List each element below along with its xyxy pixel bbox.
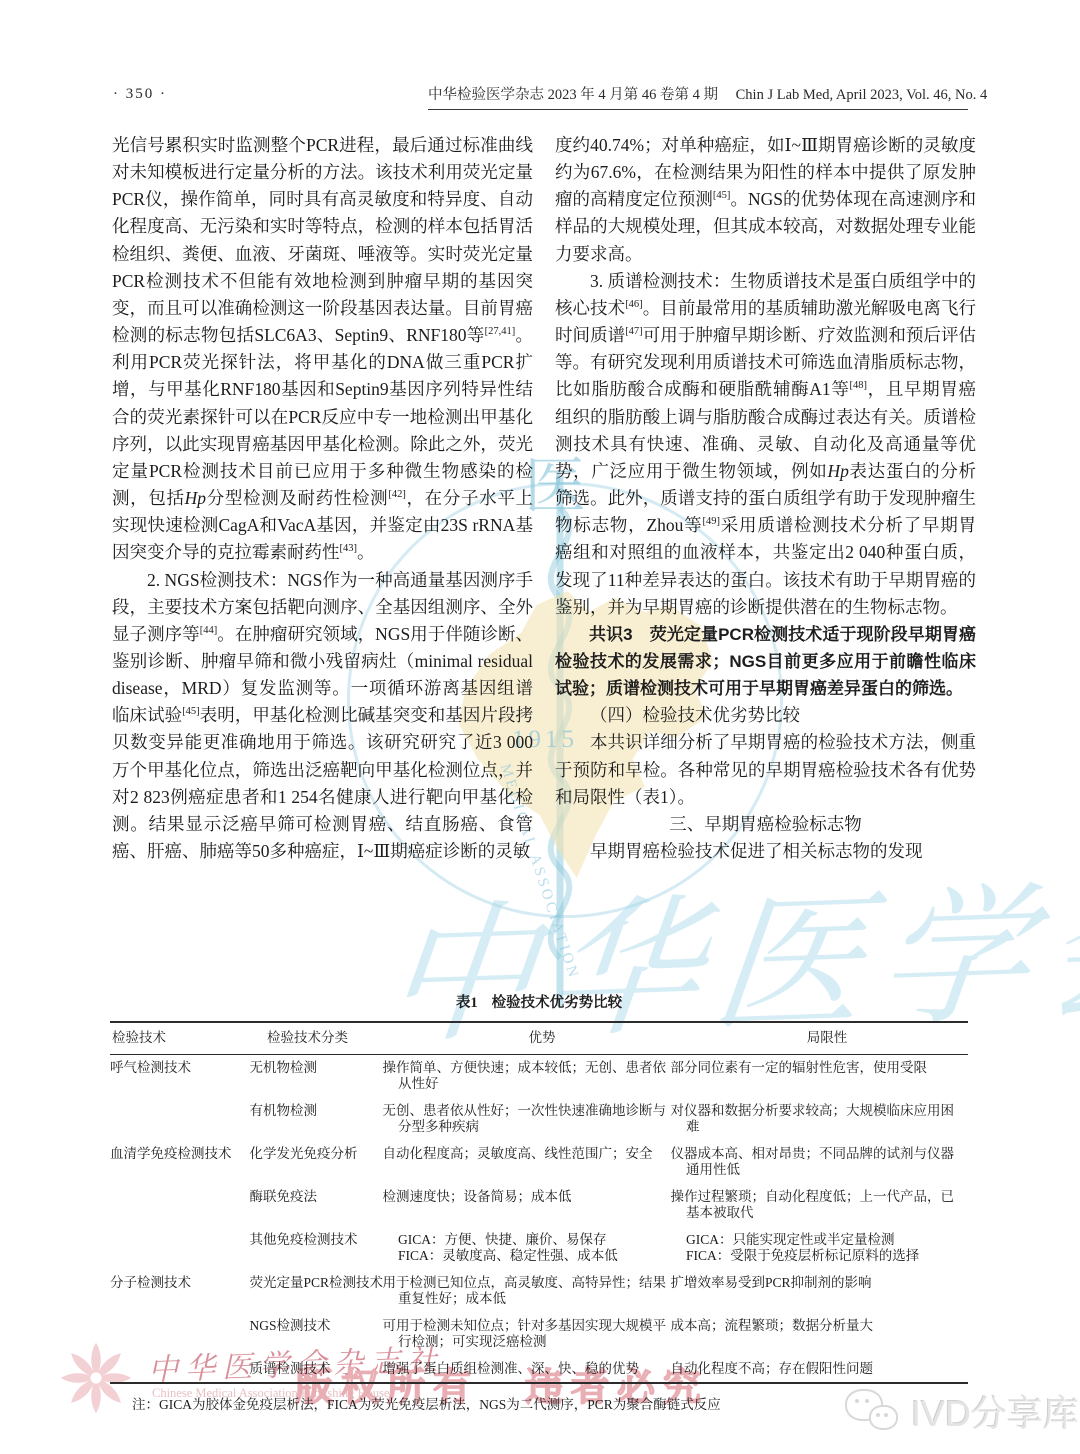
cell-tech: 血清学免疫检测技术 — [110, 1141, 265, 1184]
cell-limitations: 部分同位素有一定的辐射性危害，使用受限 — [686, 1054, 968, 1098]
paragraph-consensus-3: 共识3 荧光定量PCR检测技术适于现阶段早期胃癌检验技术的发展需求；NGS目前更… — [555, 621, 976, 702]
cell-advantages: 操作简单、方便快速；成本较低；无创、患者依从性好 — [398, 1054, 686, 1098]
cell-tech — [110, 1098, 265, 1141]
cell-category: 化学发光免疫分析 — [265, 1141, 398, 1184]
table-title: 表1检验技术优劣势比较 — [110, 991, 968, 1012]
paragraph-ngs: 2. NGS检测技术：NGS作为一种高通量基因测序手段，主要技术方案包括靶向测序… — [112, 567, 533, 866]
section-heading-markers: 三、早期胃癌检验标志物 — [555, 811, 976, 838]
table-footnote: 注：GICA为胶体金免疫层析法，FICA为荧光免疫层析法，NGS为二代测序，PC… — [110, 1393, 968, 1413]
paragraph-pcr-continued: 光信号累积实时监测整个PCR进程，最后通过标准曲线对未知模板进行定量分析的方法。… — [112, 132, 533, 567]
paragraph-mass-spectrometry: 3. 质谱检测技术：生物质谱技术是蛋白质组学中的核心技术[46]。目前最常用的基… — [555, 268, 976, 621]
cell-category: 酶联免疫法 — [265, 1184, 398, 1227]
paragraph-markers-intro: 早期胃癌检验技术促进了相关标志物的发现 — [555, 838, 976, 865]
table-row: 呼气检测技术 无机物检测 操作简单、方便快速；成本较低；无创、患者依从性好 部分… — [110, 1054, 968, 1098]
cell-advantages: 增强了蛋白质组检测准、深、快、稳的优势 — [398, 1356, 686, 1384]
cell-category: 其他免疫检测技术 — [265, 1227, 398, 1270]
table-row: 分子检测技术 荧光定量PCR检测技术 用于检测已知位点，高灵敏度、高特异性；结果… — [110, 1270, 968, 1313]
cell-tech: 分子检测技术 — [110, 1270, 265, 1313]
cell-tech — [110, 1356, 265, 1384]
table-row: 酶联免疫法 检测速度快；设备简易；成本低 操作过程繁琐；自动化程度低；上一代产品… — [110, 1184, 968, 1227]
journal-page: 医 1915 MEDICAL ASSOCIATION 中华医学会 中华医学会杂志… — [0, 0, 1080, 1454]
left-column: 光信号累积实时监测整个PCR进程，最后通过标准曲线对未知模板进行定量分析的方法。… — [112, 132, 533, 865]
journal-title-en: Chin J Lab Med, April 2023, Vol. 46, No.… — [736, 87, 988, 103]
cell-limitations: GICA：只能实现定性或半定量检测 FICA：受限于免疫层析标记原料的选择 — [686, 1227, 968, 1270]
col-header-advantages: 优势 — [398, 1022, 686, 1054]
table-row: 质谱检测技术 增强了蛋白质组检测准、深、快、稳的优势 自动化程度不高；存在假阳性… — [110, 1356, 968, 1384]
cell-limitations: 对仪器和数据分析要求较高；大规模临床应用困难 — [686, 1098, 968, 1141]
cell-advantages: 自动化程度高；灵敏度高、线性范围广；安全 — [398, 1141, 686, 1184]
cell-advantages: 用于检测已知位点，高灵敏度、高特异性；结果重复性好；成本低 — [398, 1270, 686, 1313]
cell-tech — [110, 1313, 265, 1356]
cell-advantages: GICA：方便、快捷、廉价、易保存 FICA：灵敏度高、稳定性强、成本低 — [398, 1227, 686, 1270]
table-title-text: 检验技术优劣势比较 — [492, 995, 623, 1011]
cell-limitations: 仪器成本高、相对昂贵；不同品牌的试剂与仪器通用性低 — [686, 1141, 968, 1184]
table-header-row: 检验技术 检验技术分类 优势 局限性 — [110, 1022, 968, 1054]
journal-header: 中华检验医学杂志 2023 年 4 月第 46 卷第 4 期 Chin J La… — [428, 83, 968, 110]
cell-advantages: 无创、患者依从性好；一次性快速准确地诊断与分型多种疾病 — [398, 1098, 686, 1141]
paragraph-ngs-continued: 度约40.74%；对单种癌症，如Ⅰ~Ⅲ期胃癌诊断的灵敏度约为67.6%，在检测结… — [555, 132, 976, 268]
page-number: · 350 · — [113, 86, 167, 103]
table-row: 血清学免疫检测技术 化学发光免疫分析 自动化程度高；灵敏度高、线性范围广；安全 … — [110, 1141, 968, 1184]
table-row: 其他免疫检测技术 GICA：方便、快捷、廉价、易保存 FICA：灵敏度高、稳定性… — [110, 1227, 968, 1270]
cell-advantages: 可用于检测未知位点；针对多基因实现大规模平行检测；可实现泛癌检测 — [398, 1313, 686, 1356]
cell-limitations: 扩增效率易受到PCR抑制剂的影响 — [686, 1270, 968, 1313]
table-1-block: 表1检验技术优劣势比较 检验技术 检验技术分类 优势 局限性 呼气检测技术 无机… — [110, 991, 968, 1427]
cell-category: 有机物检测 — [265, 1098, 398, 1141]
table-label: 表1 — [456, 995, 478, 1011]
table-row: 有机物检测 无创、患者依从性好；一次性快速准确地诊断与分型多种疾病 对仪器和数据… — [110, 1098, 968, 1141]
col-header-technique: 检验技术 — [110, 1022, 265, 1054]
col-header-category: 检验技术分类 — [265, 1022, 398, 1054]
comparison-table: 检验技术 检验技术分类 优势 局限性 呼气检测技术 无机物检测 操作简单、方便快… — [110, 1021, 968, 1384]
col-header-limitations: 局限性 — [686, 1022, 968, 1054]
cell-category: 无机物检测 — [265, 1054, 398, 1098]
cell-advantages: 检测速度快；设备简易；成本低 — [398, 1184, 686, 1227]
subheading-comparison: （四）检验技术优劣势比较 — [555, 702, 976, 729]
cell-tech — [110, 1227, 265, 1270]
cell-category: 荧光定量PCR检测技术 — [265, 1270, 398, 1313]
table-row: NGS检测技术 可用于检测未知位点；针对多基因实现大规模平行检测；可实现泛癌检测… — [110, 1313, 968, 1356]
cell-limitations: 自动化程度不高；存在假阳性问题 — [686, 1356, 968, 1384]
cell-limitations: 成本高；流程繁琐；数据分析量大 — [686, 1313, 968, 1356]
cell-tech — [110, 1184, 265, 1227]
right-column: 度约40.74%；对单种癌症，如Ⅰ~Ⅲ期胃癌诊断的灵敏度约为67.6%，在检测结… — [555, 132, 976, 865]
paragraph-comparison: 本共识详细分析了早期胃癌的检验技术方法，侧重于预防和早检。各种常见的早期胃癌检验… — [555, 729, 976, 810]
journal-title-cn: 中华检验医学杂志 2023 年 4 月第 46 卷第 4 期 — [428, 87, 718, 103]
cell-limitations: 操作过程繁琐；自动化程度低；上一代产品，已基本被取代 — [686, 1184, 968, 1227]
cell-category: NGS检测技术 — [265, 1313, 398, 1356]
cell-tech: 呼气检测技术 — [110, 1054, 265, 1098]
cell-category: 质谱检测技术 — [265, 1356, 398, 1384]
